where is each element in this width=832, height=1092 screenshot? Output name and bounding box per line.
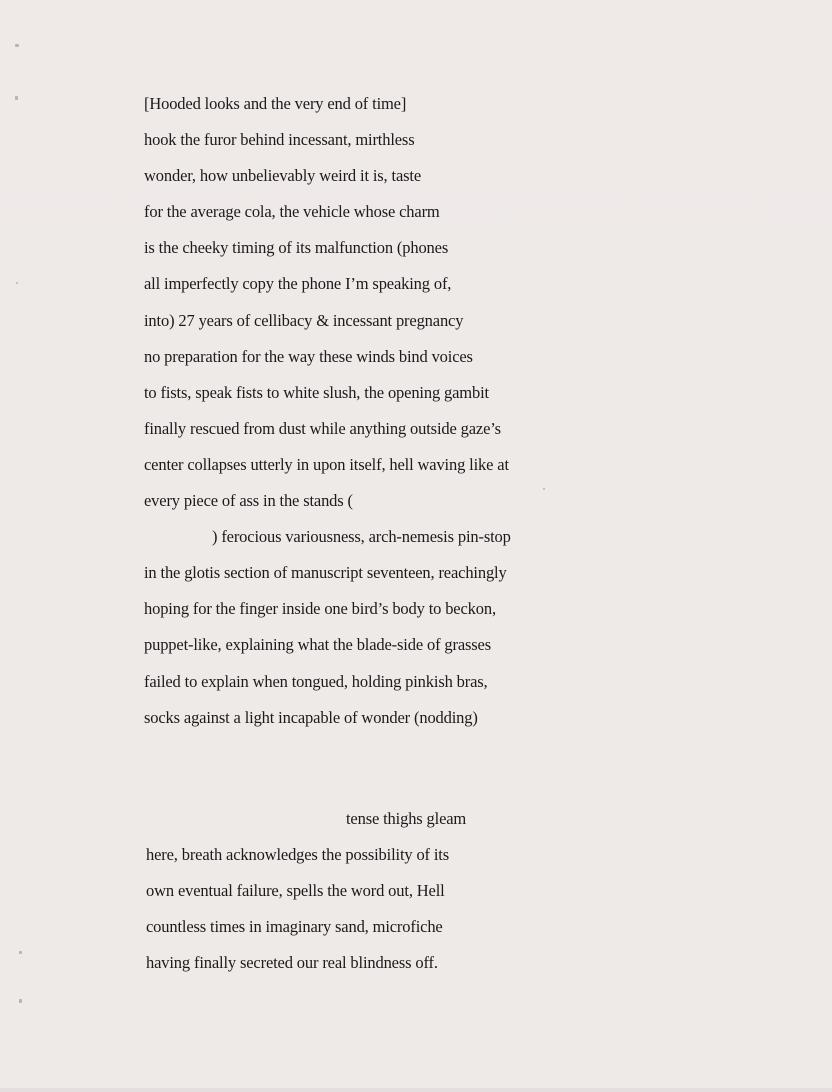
hole-punch-mark <box>19 999 22 1003</box>
poem-line: in the glotis section of manuscript seve… <box>144 555 604 591</box>
poem-line: wonder, how unbelievably weird it is, ta… <box>144 158 604 194</box>
poem-line: every piece of ass in the stands ( <box>144 483 604 519</box>
poem-line: is the cheeky timing of its malfunction … <box>144 230 604 266</box>
poem-stanza-1: [Hooded looks and the very end of time] … <box>144 86 604 736</box>
poem-line: puppet-like, explaining what the blade-s… <box>144 627 604 663</box>
hole-punch-mark <box>19 951 22 954</box>
poem-line: socks against a light incapable of wonde… <box>144 700 604 736</box>
poem-line: finally rescued from dust while anything… <box>144 411 604 447</box>
poem-line-indented: tense thighs gleam <box>146 801 606 837</box>
scanned-page: [Hooded looks and the very end of time] … <box>0 0 832 1092</box>
poem-line: hook the furor behind incessant, mirthle… <box>144 122 604 158</box>
poem-line-indented: ) ferocious variousness, arch-nemesis pi… <box>144 519 604 555</box>
poem-line: countless times in imaginary sand, micro… <box>146 909 606 945</box>
poem-title-line: [Hooded looks and the very end of time] <box>144 86 604 122</box>
poem-line: into) 27 years of cellibacy & incessant … <box>144 303 604 339</box>
poem-line: to fists, speak fists to white slush, th… <box>144 375 604 411</box>
poem-line: hoping for the finger inside one bird’s … <box>144 591 604 627</box>
poem-line: for the average cola, the vehicle whose … <box>144 194 604 230</box>
poem-line: own eventual failure, spells the word ou… <box>146 873 606 909</box>
poem-line: failed to explain when tongued, holding … <box>144 664 604 700</box>
poem-stanza-2: tense thighs gleam here, breath acknowle… <box>146 801 606 981</box>
page-bottom-edge <box>0 1088 832 1092</box>
poem-line: all imperfectly copy the phone I’m speak… <box>144 266 604 302</box>
poem-line: center collapses utterly in upon itself,… <box>144 447 604 483</box>
poem-line: having finally secreted our real blindne… <box>146 945 606 981</box>
poem-line: no preparation for the way these winds b… <box>144 339 604 375</box>
hole-punch-mark <box>15 44 19 47</box>
speck-mark <box>16 282 18 284</box>
hole-punch-mark <box>15 96 18 100</box>
poem-line: here, breath acknowledges the possibilit… <box>146 837 606 873</box>
